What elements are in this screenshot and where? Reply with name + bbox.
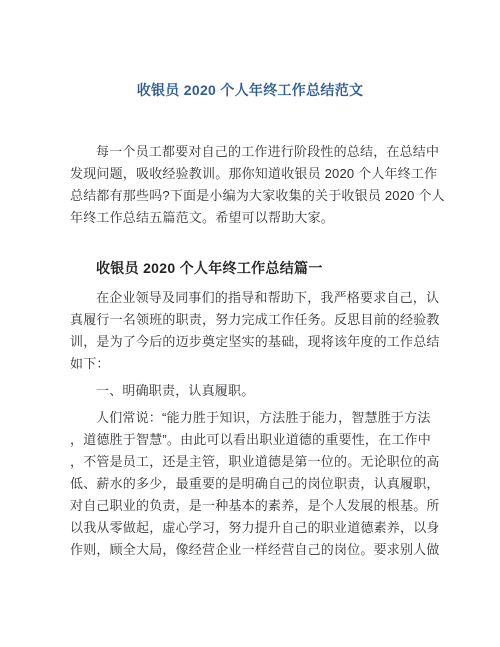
document-page: 收银员 2020 个人年终工作总结范文 每一个员工都要对自己的工作进行阶段性的总… (0, 0, 500, 647)
text-line: 发现问题，吸收经验教训。那你知道收银员 2020 个人年终工作 (70, 163, 436, 185)
text-line: 年终工作总结五篇范文。希望可以帮助大家。 (70, 207, 436, 229)
text-line: 在企业领导及同事们的指导和帮助下，我严格要求自己，认 (70, 287, 436, 309)
section-heading: 收银员 2020 个人年终工作总结篇一 (70, 257, 436, 279)
text-line: 训，是为了今后的迈步奠定坚实的基础，现将该年度的工作总结 (70, 331, 436, 353)
text-line: 以我从零做起，虚心学习，努力提升自己的职业道德素养，以身 (70, 517, 436, 539)
point-one-paragraph: 人们常说：“能力胜于知识，方法胜于能力，智慧胜于方法，道德胜于智慧”。由此可以看… (70, 407, 436, 561)
text-line: 真履行一名领班的职责，努力完成工作任务。反思目前的经验教 (70, 309, 436, 331)
text-line: 总结都有那些吗?下面是小编为大家收集的关于收银员 2020 个人 (70, 185, 436, 207)
text-line: 每一个员工都要对自己的工作进行阶段性的总结，在总结中 (70, 141, 436, 163)
text-line: 对自己职业的负责，是一种基本的素养，是个人发展的根基。所 (70, 495, 436, 517)
point-one-heading: 一、明确职责，认真履职。 (70, 380, 436, 402)
text-line: ，道德胜于智慧”。由此可以看出职业道德的重要性，在工作中 (70, 429, 436, 451)
document-title: 收银员 2020 个人年终工作总结范文 (0, 0, 500, 99)
text-line: 如下： (70, 353, 436, 375)
document-body: 每一个员工都要对自己的工作进行阶段性的总结，在总结中发现问题，吸收经验教训。那你… (0, 99, 500, 561)
text-line: 人们常说：“能力胜于知识，方法胜于能力，智慧胜于方法 (70, 407, 436, 429)
text-line: 作则，顾全大局，像经营企业一样经营自己的岗位。要求别人做 (70, 539, 436, 561)
text-line: ，不管是员工，还是主管，职业道德是第一位的。无论职位的高 (70, 451, 436, 473)
text-line: 低、薪水的多少，最重要的是明确自己的岗位职责，认真履职， (70, 473, 436, 495)
section-opening-paragraph: 在企业领导及同事们的指导和帮助下，我严格要求自己，认真履行一名领班的职责，努力完… (70, 287, 436, 375)
intro-paragraph: 每一个员工都要对自己的工作进行阶段性的总结，在总结中发现问题，吸收经验教训。那你… (70, 141, 436, 229)
